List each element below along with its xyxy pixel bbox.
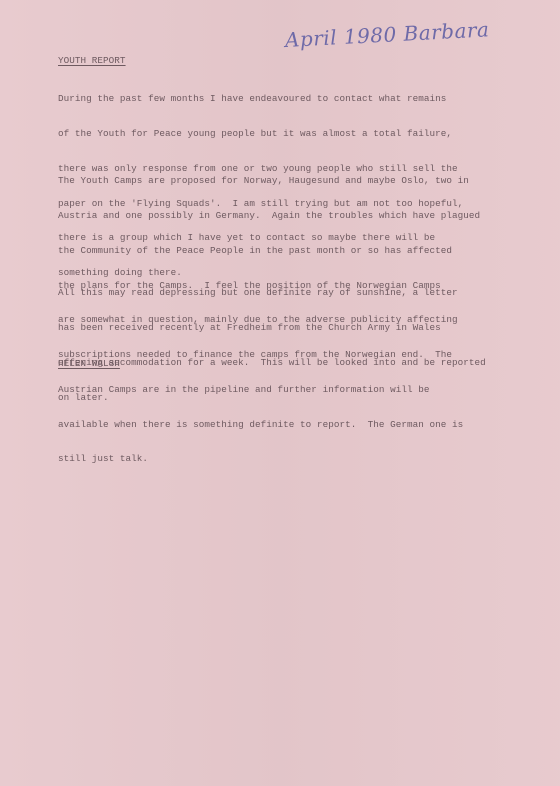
report-title: YOUTH REPORT [58, 55, 126, 67]
paragraph-sunshine: All this may read depressing but one def… [58, 264, 486, 426]
text-line: All this may read depressing but one def… [58, 287, 486, 299]
signature-name: HELEN WALSH [58, 358, 120, 370]
text-line: on later. [58, 392, 486, 404]
text-line: has been received recently at Fredheim f… [58, 322, 486, 334]
text-line: still just talk. [58, 453, 480, 465]
handwritten-date-note: April 1980 Barbara [284, 17, 490, 52]
text-line: of the Youth for Peace young people but … [58, 128, 463, 140]
text-line: The Youth Camps are proposed for Norway,… [58, 175, 480, 187]
text-line: the Community of the Peace People in the… [58, 245, 480, 257]
document-page: April 1980 Barbara YOUTH REPORT During t… [0, 0, 560, 786]
text-line: Austria and one possibly in Germany. Aga… [58, 210, 480, 222]
text-line: During the past few months I have endeav… [58, 93, 463, 105]
text-line: offering accommodation for a week. This … [58, 357, 486, 369]
